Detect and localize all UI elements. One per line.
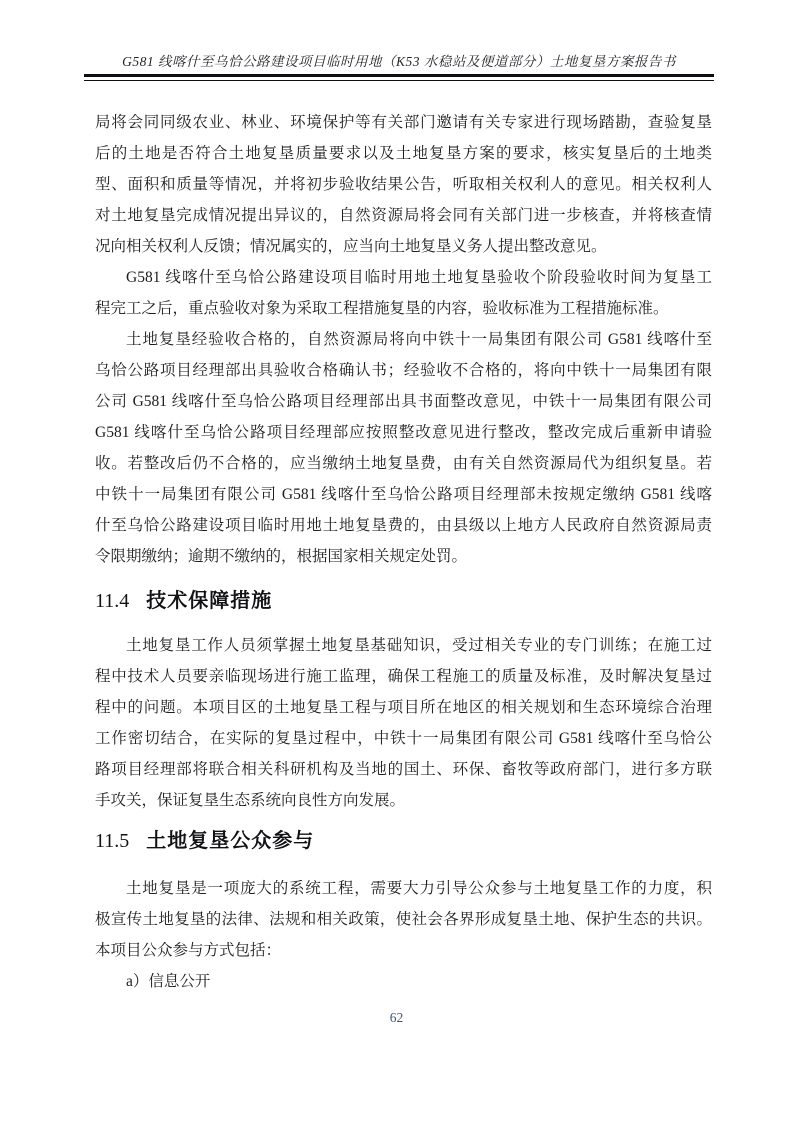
- page-number: 62: [390, 1010, 404, 1025]
- document-body: 局将会同同级农业、林业、环境保护等有关部门邀请有关专家进行现场踏勘，查验复垦 后…: [95, 107, 712, 997]
- text-line: 极宣传土地复垦的法律、法规和相关政策，使社会各界形成复垦土地、保护生态的共识。: [95, 904, 712, 935]
- text-line: 令限期缴纳；逾期不缴纳的，根据国家相关规定处罚。: [95, 541, 712, 572]
- header-rule: [84, 74, 714, 81]
- text-line: 工作密切结合，在实际的复垦过程中，中铁十一局集团有限公司 G581 线喀什至乌恰…: [95, 723, 712, 754]
- text-line: 公司 G581 线喀什至乌恰公路项目经理部出具书面整改意见，中铁十一局集团有限公…: [95, 386, 712, 417]
- paragraph-5: 土地复垦是一项庞大的系统工程，需要大力引导公众参与土地复垦工作的力度，积 极宣传…: [95, 873, 712, 966]
- paragraph-2: G581 线喀什至乌恰公路建设项目临时用地土地复垦验收个阶段验收时间为复垦工 程…: [95, 262, 712, 324]
- section-title: 土地复垦公众参与: [146, 830, 314, 852]
- section-heading-11-5: 11.5 土地复垦公众参与: [95, 826, 712, 856]
- section-heading-11-4: 11.4 技术保障措施: [95, 586, 712, 616]
- text-line: 收。若整改后仍不合格的，应当缴纳土地复垦费，由有关自然资源局代为组织复垦。若: [95, 448, 712, 479]
- text-line: 局将会同同级农业、林业、环境保护等有关部门邀请有关专家进行现场踏勘，查验复垦: [95, 107, 712, 138]
- text-line: 中铁十一局集团有限公司 G581 线喀什至乌恰公路项目经理部未按规定缴纳 G58…: [95, 479, 712, 510]
- text-line: 路项目经理部将联合相关科研机构及当地的国土、环保、畜牧等政府部门，进行多方联: [95, 754, 712, 785]
- text-line: 乌恰公路项目经理部出具验收合格确认书；经验收不合格的，将向中铁十一局集团有限: [95, 355, 712, 386]
- document-page: G581 线喀什至乌恰公路建设项目临时用地（K53 水稳站及便道部分）土地复垦方…: [0, 0, 793, 1122]
- text-line: 程完工之后，重点验收对象为采取工程措施复垦的内容，验收标准为工程措施标准。: [95, 293, 712, 324]
- text-line: 程中技术人员要亲临现场进行施工监理，确保工程施工的质量及标准，及时解决复垦过: [95, 661, 712, 692]
- paragraph-6: a）信息公开: [95, 966, 712, 997]
- text-line: G581 线喀什至乌恰公路建设项目临时用地土地复垦验收个阶段验收时间为复垦工: [95, 262, 712, 293]
- text-line: a）信息公开: [95, 966, 712, 997]
- paragraph-1: 局将会同同级农业、林业、环境保护等有关部门邀请有关专家进行现场踏勘，查验复垦 后…: [95, 107, 712, 262]
- text-line: 型、面积和质量等情况，并将初步验收结果公告，听取相关权利人的意见。相关权利人: [95, 169, 712, 200]
- text-line: G581 线喀什至乌恰公路项目经理部应按照整改意见进行整改，整改完成后重新申请验: [95, 417, 712, 448]
- page-footer: 62: [0, 1010, 793, 1026]
- paragraph-4: 土地复垦工作人员须掌握土地复垦基础知识，受过相关专业的专门训练；在施工过 程中技…: [95, 630, 712, 816]
- running-header-title: G581 线喀什至乌恰公路建设项目临时用地（K53 水稳站及便道部分）土地复垦方…: [84, 50, 714, 70]
- text-line: 后的土地是否符合土地复垦质量要求以及土地复垦方案的要求，核实复垦后的土地类: [95, 138, 712, 169]
- text-line: 土地复垦经验收合格的，自然资源局将向中铁十一局集团有限公司 G581 线喀什至: [95, 324, 712, 355]
- text-line: 本项目公众参与方式包括：: [95, 935, 712, 966]
- text-line: 手攻关，保证复垦生态系统向良性方向发展。: [95, 785, 712, 816]
- paragraph-3: 土地复垦经验收合格的，自然资源局将向中铁十一局集团有限公司 G581 线喀什至 …: [95, 324, 712, 572]
- text-line: 土地复垦工作人员须掌握土地复垦基础知识，受过相关专业的专门训练；在施工过: [95, 630, 712, 661]
- text-line: 对土地复垦完成情况提出异议的，自然资源局将会同有关部门进一步核查，并将核查情: [95, 200, 712, 231]
- section-number: 11.5: [95, 830, 129, 852]
- text-line: 什至乌恰公路建设项目临时用地土地复垦费的，由县级以上地方人民政府自然资源局责: [95, 510, 712, 541]
- text-line: 土地复垦是一项庞大的系统工程，需要大力引导公众参与土地复垦工作的力度，积: [95, 873, 712, 904]
- section-title: 技术保障措施: [146, 590, 272, 612]
- text-line: 程中的问题。本项目区的土地复垦工程与项目所在地区的相关规划和生态环境综合治理: [95, 692, 712, 723]
- text-line: 况向相关权利人反馈；情况属实的，应当向土地复垦义务人提出整改意见。: [95, 231, 712, 262]
- section-number: 11.4: [95, 590, 129, 612]
